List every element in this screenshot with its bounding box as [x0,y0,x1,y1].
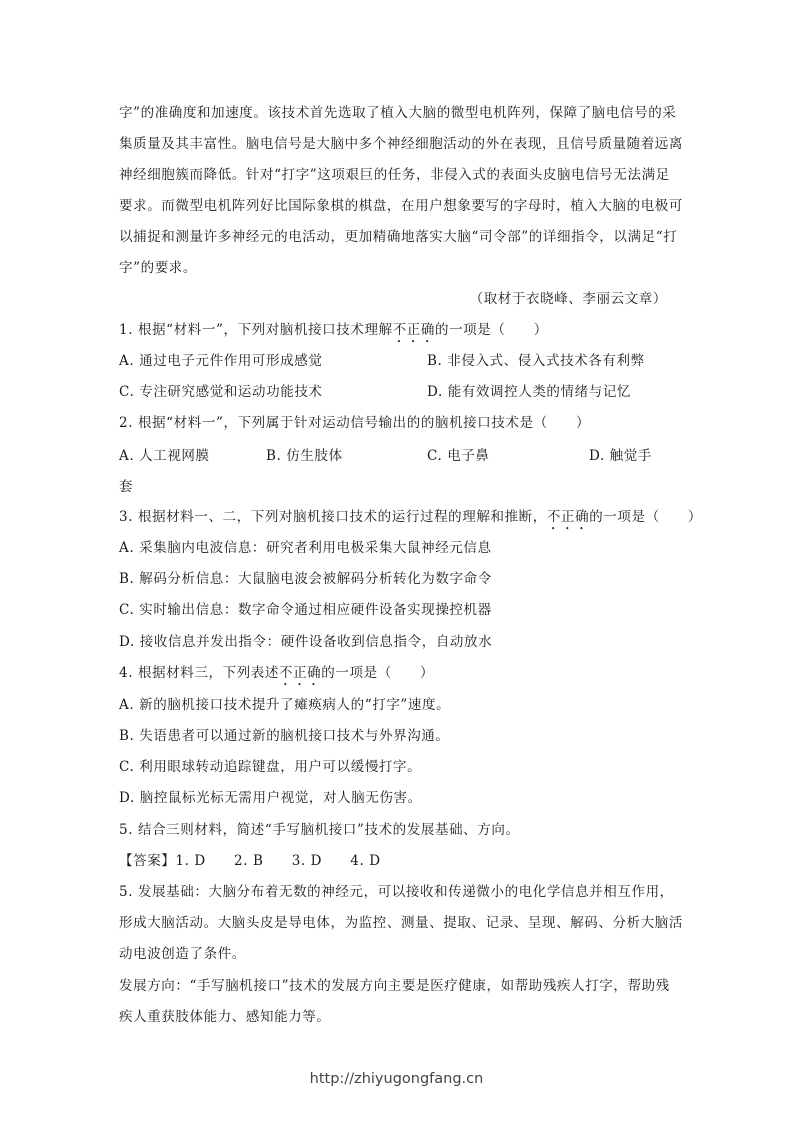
question-1-stem: 1. 根据“材料一”，下列对脑机接口技术理解不正确的一项是（ ） [119,320,548,346]
question-4-emphasis: 不正确 [279,665,321,681]
question-3-option-a: A. 采集脑内电波信息：研究者利用电极采集大鼠神经元信息 [119,538,492,558]
question-2-option-d-wrap: 套 [119,477,133,497]
question-3-prefix: 3. 根据材料一、二，下列对脑机接口技术的运行过程的理解和推断， [119,509,547,525]
question-2-option-d: D. 触觉手 [589,446,652,466]
answer-5-line: 疾人重获肢体能力、感知能力等。 [119,1007,331,1027]
question-5-stem: 5. 结合三则材料，简述“手写脑机接口”技术的发展基础、方向。 [119,820,520,840]
passage-line: 以捕捉和测量许多神经元的电活动，更加精确地落实大脑“司令部”的详细指令，以满足“… [119,227,677,247]
answer-5-line: 5. 发展基础：大脑分布着无数的神经元，可以接收和传递微小的电化学信息并相互作用… [119,882,674,902]
answer-5-line: 发展方向：“手写脑机接口”技术的发展方向主要是医疗健康，如帮助残疾人打字，帮助残 [119,976,670,996]
footer-url: http://zhiyugongfang.cn [0,1071,793,1087]
question-3-option-c: C. 实时输出信息：数字命令通过相应硬件设备实现操控机器 [119,600,492,620]
question-2-stem: 2. 根据“材料一”，下列属于针对运动信号输出的的脑机接口技术是（ ） [119,413,590,433]
answer-5-line: 形成大脑活动。大脑头皮是导电体，为监控、测量、提取、记录、呈现、解码、分析大脑活 [119,913,683,933]
question-1-prefix: 1. 根据“材料一”，下列对脑机接口技术理解 [119,322,393,338]
question-3-emphasis: 不正确 [547,509,589,525]
question-1-option-d: D. 能有效调控人类的情绪与记忆 [427,382,631,402]
question-2-option-c: C. 电子鼻 [427,446,490,466]
passage-line: 要求。而微型电机阵列好比国际象棋的棋盘，在用户想象要写的字母时，植入大脑的电极可 [119,196,683,216]
question-3-suffix: 的一项是（ ） [589,509,702,525]
passage-source: （取材于衣晓峰、李丽云文章） [470,289,667,309]
question-4-prefix: 4. 根据材料三，下列表述 [119,665,279,681]
passage-line: 字”的要求。 [119,258,197,278]
question-3-option-d: D. 接收信息并发出指令：硬件设备收到信息指令，自动放水 [119,632,492,652]
answer-5-line: 动电波创造了条件。 [119,944,246,964]
question-1-option-c: C. 专注研究感觉和运动功能技术 [119,382,323,402]
question-4-stem: 4. 根据材料三，下列表述不正确的一项是（ ） [119,663,434,689]
passage-line: 集质量及其丰富性。脑电信号是大脑中多个神经细胞活动的外在表现，且信号质量随着远离 [119,134,683,154]
question-4-option-b: B. 失语患者可以通过新的脑机接口技术与外界沟通。 [119,726,450,746]
question-4-option-d: D. 脑控鼠标光标无需用户视觉，对人脑无伤害。 [119,788,422,808]
question-1-options-row: A. 通过电子元件作用可形成感觉 [119,351,322,371]
question-1-suffix: 的一项是（ ） [435,322,548,338]
question-2-option-b: B. 仿生肢体 [266,446,343,466]
answer-row: 【答案】1. D 2. B 3. D 4. D [119,851,381,871]
question-3-stem: 3. 根据材料一、二，下列对脑机接口技术的运行过程的理解和推断，不正确的一项是（… [119,507,702,533]
question-2-option-a: A. 人工视网膜 [119,446,210,466]
document-page: 字”的准确度和加速度。该技术首先选取了植入大脑的微型电机阵列，保障了脑电信号的采… [0,0,793,1122]
question-3-option-b: B. 解码分析信息：大鼠脑电波会被解码分析转化为数字命令 [119,569,492,589]
question-1-emphasis: 不正确 [393,322,435,338]
passage-line: 字”的准确度和加速度。该技术首先选取了植入大脑的微型电机阵列，保障了脑电信号的采 [119,103,676,123]
question-4-option-a: A. 新的脑机接口技术提升了瘫痪病人的“打字”速度。 [119,695,450,715]
question-1-option-b: B. 非侵入式、侵入式技术各有利弊 [427,351,645,371]
answer-choices: 1. D 2. B 3. D 4. D [175,853,380,869]
question-4-option-c: C. 利用眼球转动追踪键盘，用户可以缓慢打字。 [119,757,421,777]
question-1-option-a: A. 通过电子元件作用可形成感觉 [119,353,322,369]
answer-label: 【答案】 [119,853,175,869]
question-4-suffix: 的一项是（ ） [321,665,434,681]
passage-line: 神经细胞簇而降低。针对“打字”这项艰巨的任务，非侵入式的表面头皮脑电信号无法满足 [119,165,670,185]
